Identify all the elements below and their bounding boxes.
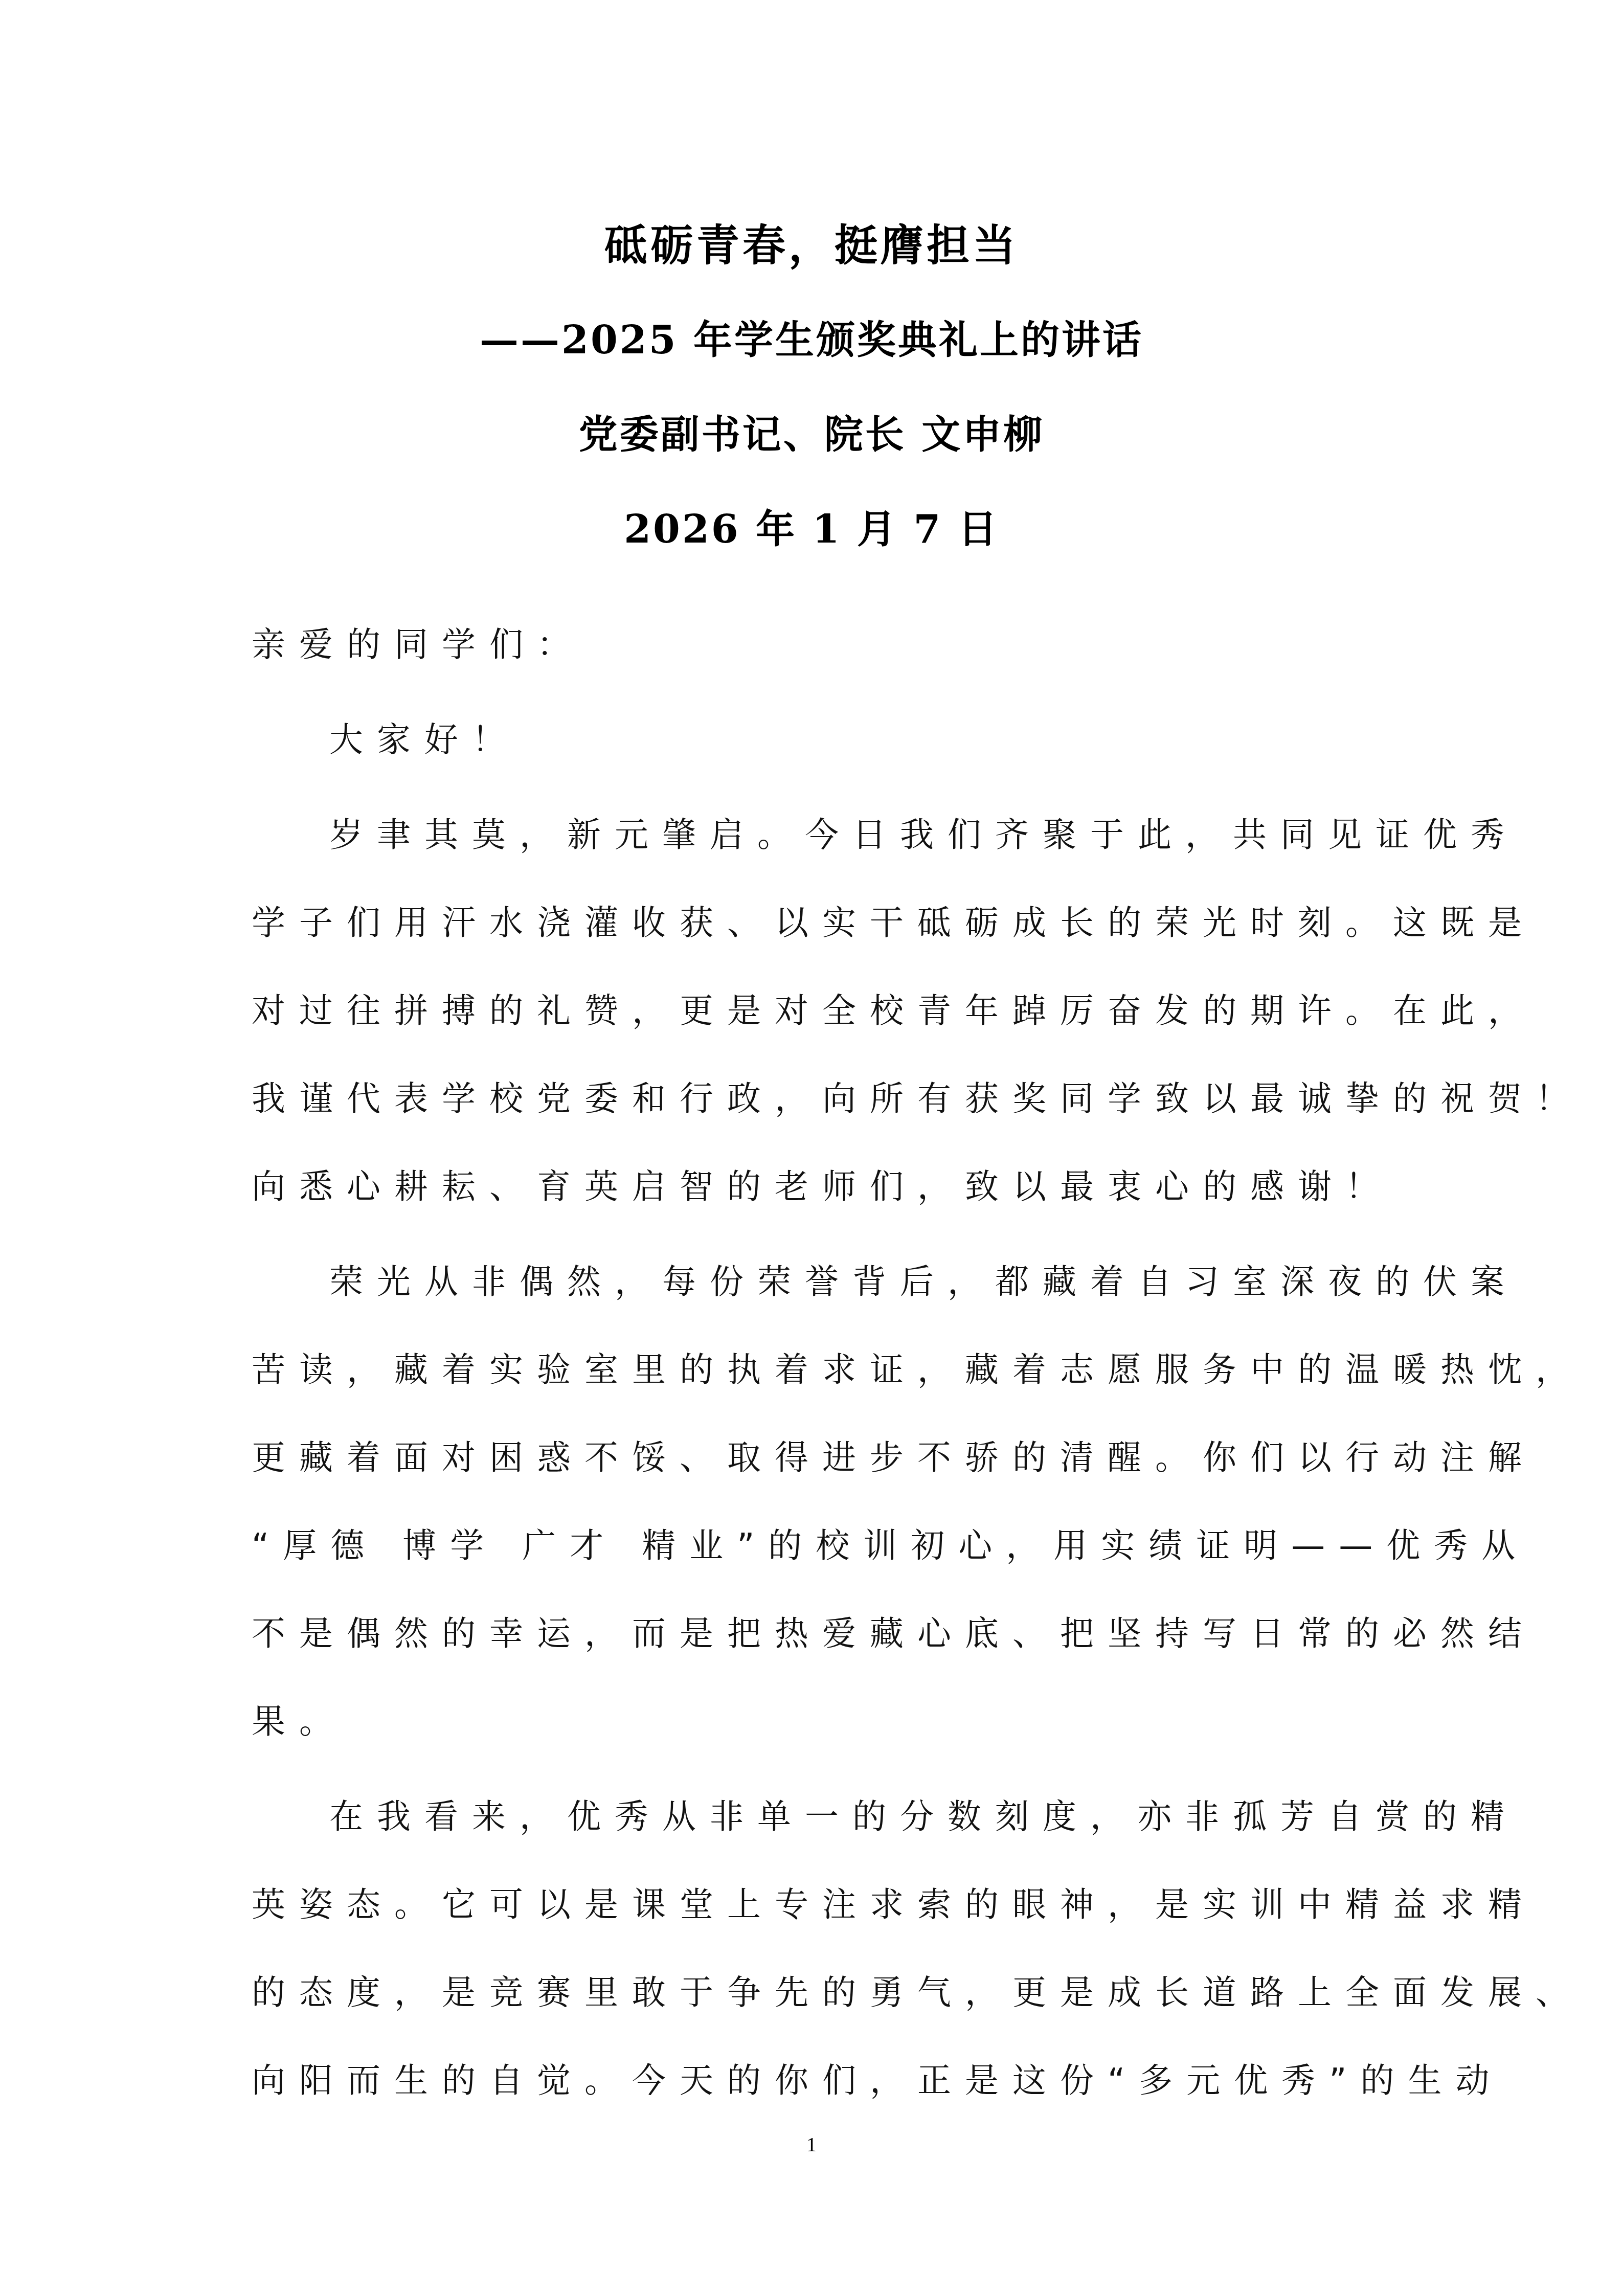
paragraph-line: 不是偶然的幸运，而是把热爱藏心底、把坚持写日常的必然结: [252, 1590, 1393, 1678]
paragraph-line: “厚德 博学 广才 精业”的校训初心，用实绩证明——优秀从: [252, 1502, 1393, 1590]
paragraph-line: 荣光从非偶然，每份荣誉背后，都藏着自习室深夜的伏案: [252, 1238, 1393, 1326]
paragraph-line: 我谨代表学校党委和行政，向所有获奖同学致以最诚挚的祝贺！: [252, 1055, 1393, 1143]
document-page: 砥砺青春，挺膺担当 ——2025 年学生颁奖典礼上的讲话 党委副书记、院长 文申…: [0, 0, 1623, 2296]
paragraph-line: 苦读，藏着实验室里的执着求证，藏着志愿服务中的温暖热忱，: [252, 1326, 1393, 1414]
paragraph-2: 荣光从非偶然，每份荣誉背后，都藏着自习室深夜的伏案 苦读，藏着实验室里的执着求证…: [252, 1238, 1393, 1766]
paragraph-line: 学子们用汗水浇灌收获、以实干砥砺成长的荣光时刻。这既是: [252, 879, 1393, 967]
paragraph-line: 的态度，是竞赛里敢于争先的勇气，更是成长道路上全面发展、: [252, 1949, 1393, 2037]
paragraph-line: 向阳而生的自觉。今天的你们，正是这份“多元优秀”的生动: [252, 2037, 1393, 2125]
speech-date: 2026 年 1 月 7 日: [0, 504, 1623, 555]
paragraph-line: 更藏着面对困惑不馁、取得进步不骄的清醒。你们以行动注解: [252, 1414, 1393, 1502]
salutation: 亲爱的同学们：: [252, 601, 1393, 689]
paragraph-line: 岁聿其莫，新元肇启。今日我们齐聚于此，共同见证优秀: [252, 791, 1393, 879]
paragraph-3: 在我看来，优秀从非单一的分数刻度，亦非孤芳自赏的精 英姿态。它可以是课堂上专注求…: [252, 1773, 1393, 2125]
paragraph-line: 果。: [252, 1678, 1393, 1766]
speech-title: 砥砺青春，挺膺担当: [0, 217, 1623, 274]
greeting: 大家好！: [252, 696, 1393, 784]
paragraph-1: 岁聿其莫，新元肇启。今日我们齐聚于此，共同见证优秀 学子们用汗水浇灌收获、以实干…: [252, 791, 1393, 1231]
paragraph-line: 对过往拼搏的礼赞，更是对全校青年踔厉奋发的期许。在此，: [252, 967, 1393, 1055]
speaker-line: 党委副书记、院长 文申柳: [0, 409, 1623, 460]
speech-subtitle: ——2025 年学生颁奖典礼上的讲话: [0, 314, 1623, 366]
page-number: 1: [0, 2132, 1623, 2156]
paragraph-line: 向悉心耕耘、育英启智的老师们，致以最衷心的感谢！: [252, 1143, 1393, 1231]
speech-body: 亲爱的同学们： 大家好！ 岁聿其莫，新元肇启。今日我们齐聚于此，共同见证优秀 学…: [252, 601, 1393, 2125]
paragraph-line: 在我看来，优秀从非单一的分数刻度，亦非孤芳自赏的精: [252, 1773, 1393, 1861]
paragraph-line: 英姿态。它可以是课堂上专注求索的眼神，是实训中精益求精: [252, 1861, 1393, 1949]
